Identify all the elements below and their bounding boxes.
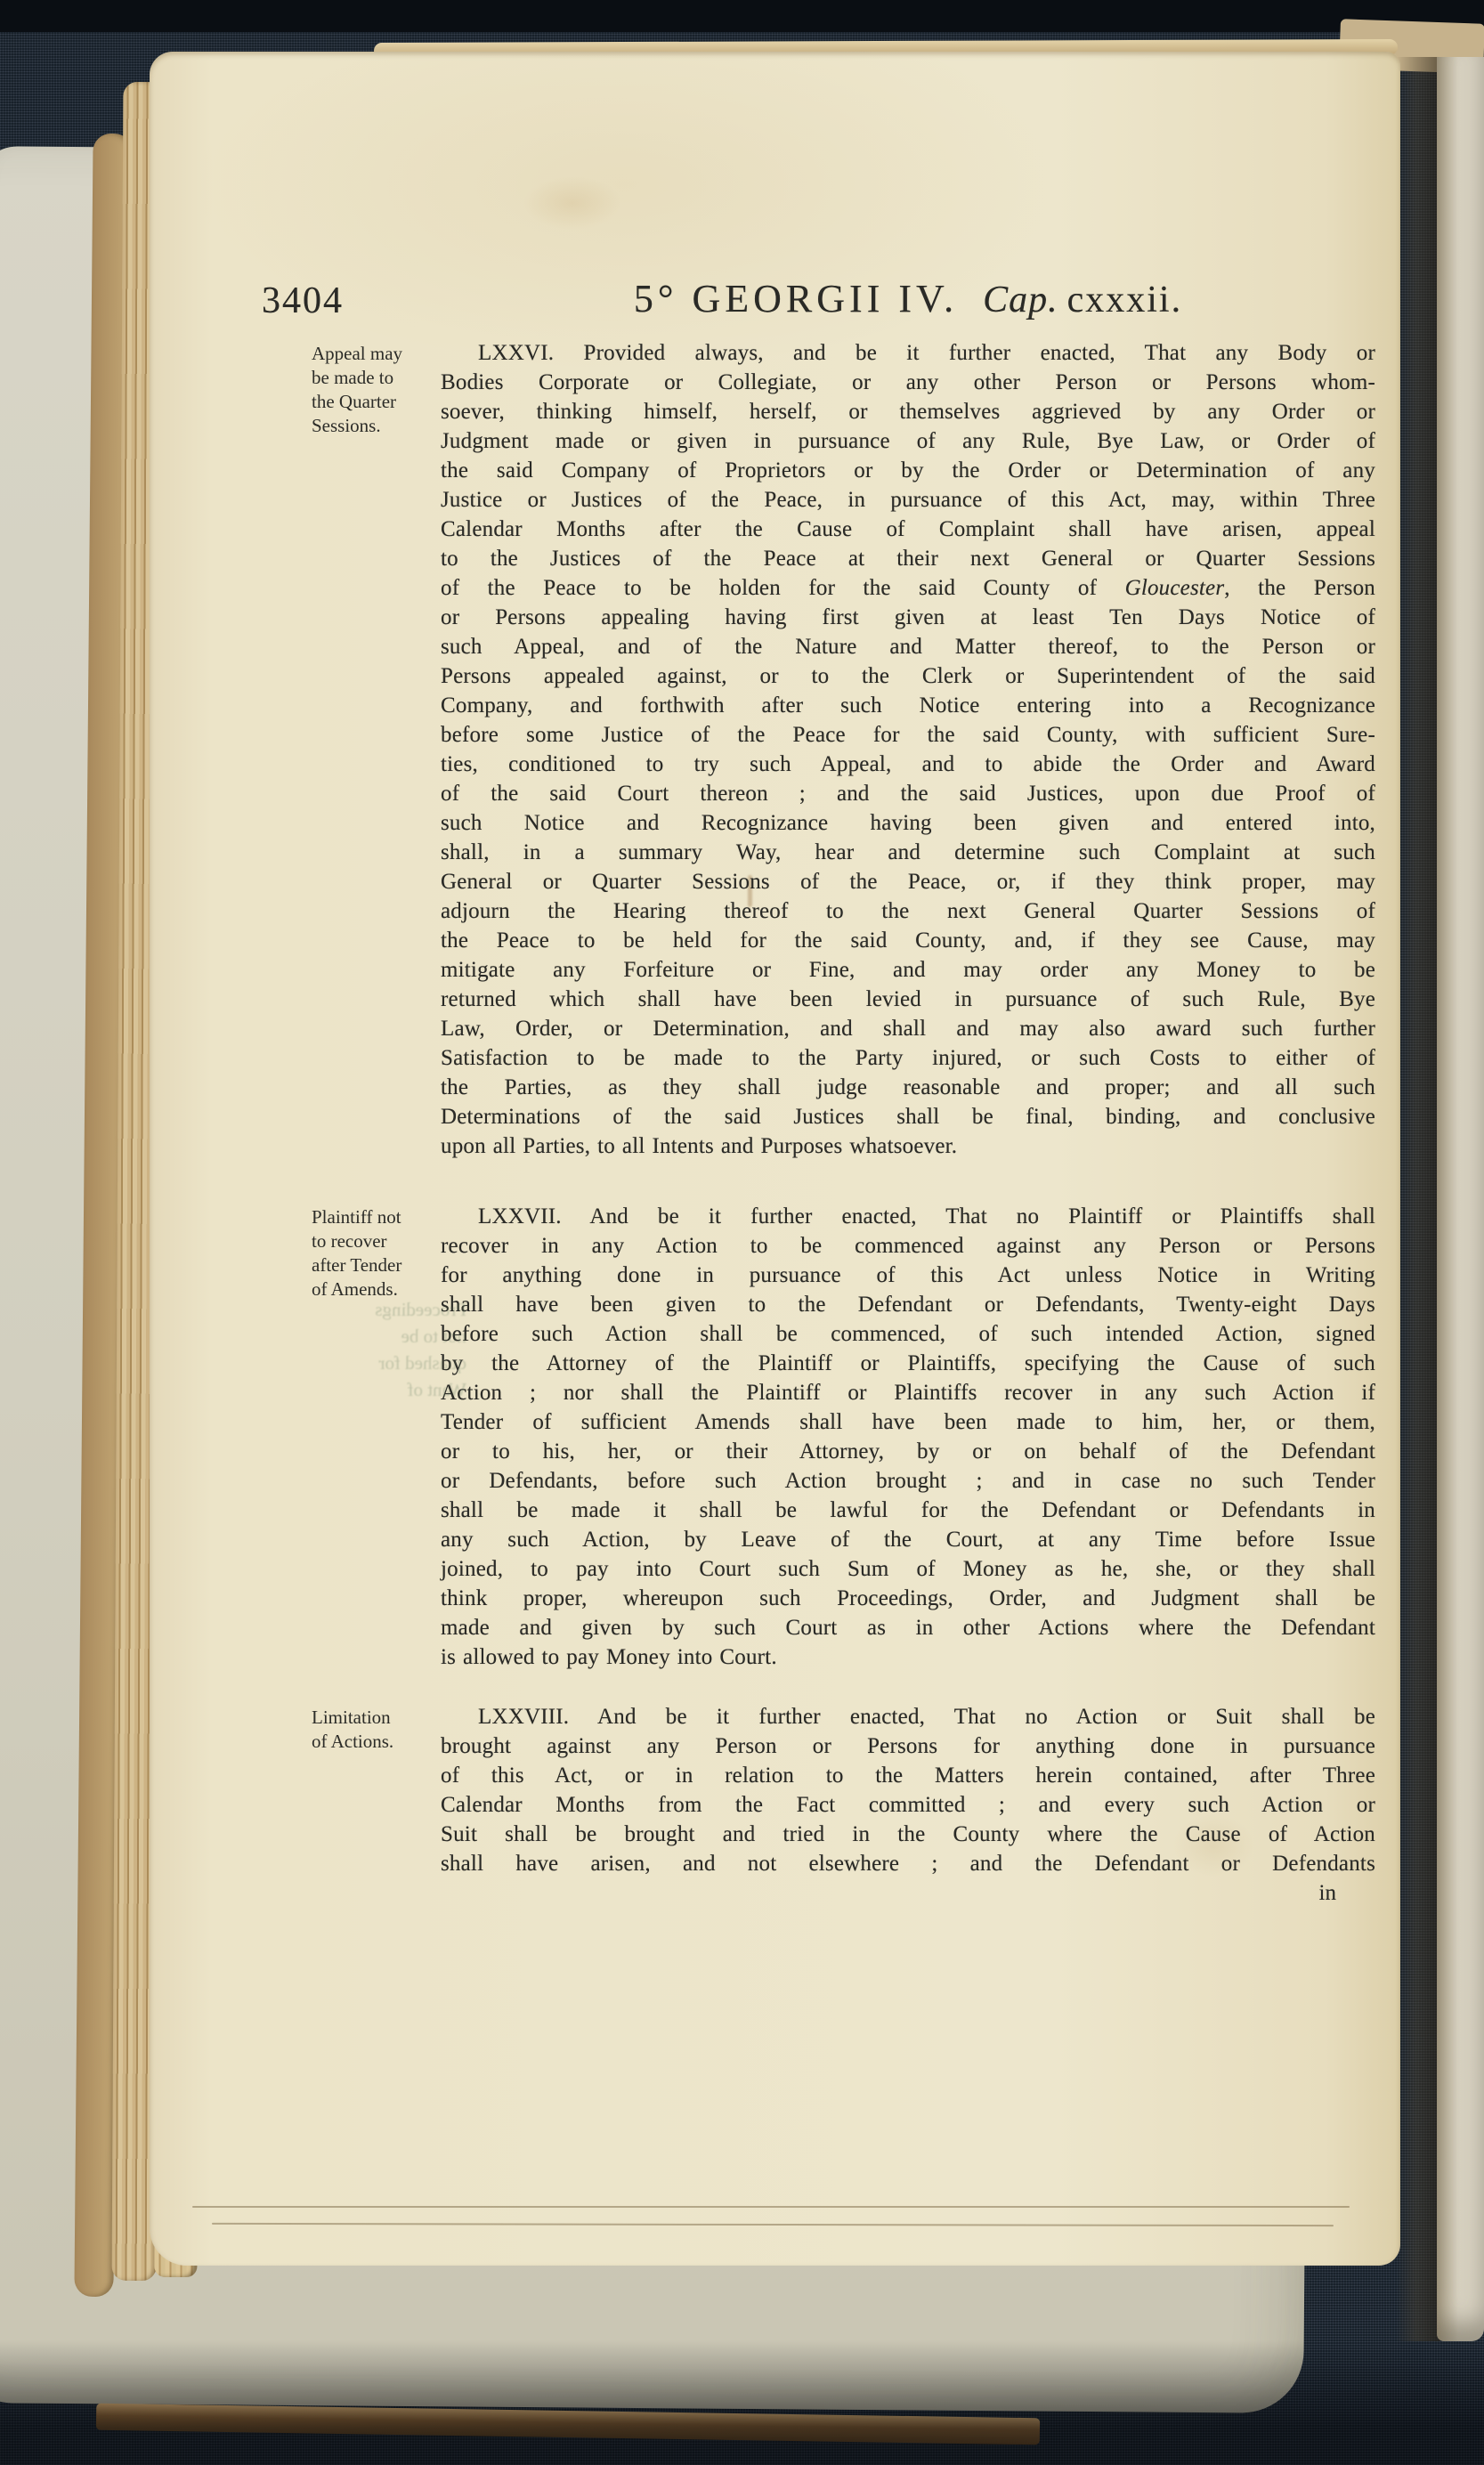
margin-note-line: of Actions. [312, 1730, 438, 1754]
body-text-line: shall be made it shall be lawful for the… [441, 1496, 1375, 1525]
body-text-line: upon all Parties, to all Intents and Pur… [441, 1131, 1375, 1161]
body-text-line: Bodies Corporate or Collegiate, or any o… [441, 368, 1375, 397]
margin-note-line: Limitation [312, 1706, 438, 1730]
body-text-line: Tender of sufficient Amends shall have b… [441, 1407, 1375, 1437]
facing-page-edge [1437, 57, 1484, 2341]
body-text-line: before some Justice of the Peace for the… [441, 720, 1375, 750]
body-text-line: such Notice and Recognizance having been… [441, 808, 1375, 838]
margin-note: Appeal maybe made tothe QuarterSessions. [312, 342, 438, 438]
photo-vignette [0, 2340, 1484, 2465]
body-text-line: by the Attorney of the Plaintiff or Plai… [441, 1349, 1375, 1378]
showthrough-line: not to be [315, 1323, 466, 1350]
chapter-label: Cap. [983, 280, 1058, 320]
book-photograph: 3404 5° GEORGII IV. Cap. cxxxii. Appeal … [0, 0, 1484, 2465]
body-text-line: Judgment made or given in pursuance of a… [441, 426, 1375, 456]
body-text-line: Determinations of the said Justices shal… [441, 1102, 1375, 1131]
body-text-line: soever, thinking himself, herself, or th… [441, 397, 1375, 426]
body-text-line: Action ; nor shall the Plaintiff or Plai… [441, 1378, 1375, 1407]
body-text-line: Company, and forthwith after such Notice… [441, 691, 1375, 720]
body-text-line: recover in any Action to be commenced ag… [441, 1231, 1375, 1261]
margin-note: Limitationof Actions. [312, 1706, 438, 1754]
body-text-line: or Persons appealing having first given … [441, 603, 1375, 632]
body-text-line: Satisfaction to be made to the Party inj… [441, 1043, 1375, 1073]
body-text-line: of the Peace to be holden for the said C… [441, 573, 1375, 603]
body-text-line: General or Quarter Sessions of the Peace… [441, 867, 1375, 896]
ink-showthrough: Proceedingsnot to bequashed forWant of [315, 1296, 466, 1403]
book-page: 3404 5° GEORGII IV. Cap. cxxxii. Appeal … [150, 52, 1400, 2266]
section-body: LXXVII. And be it further enacted, That … [441, 1202, 1375, 1672]
body-text-line: such Appeal, and of the Nature and Matte… [441, 632, 1375, 661]
margin-note-line: to recover [312, 1229, 438, 1253]
body-text-line: adjourn the Hearing thereof to the next … [441, 896, 1375, 926]
showthrough-line: quashed for [315, 1350, 466, 1376]
section-body: LXXVI. Provided always, and be it furthe… [441, 338, 1375, 1161]
body-text-line: the Peace to be held for the said County… [441, 926, 1375, 955]
page-number: 3404 [262, 280, 344, 322]
showthrough-line: Proceedings [315, 1296, 466, 1323]
body-text-line: shall have arisen, and not elsewhere ; a… [441, 1849, 1375, 1878]
body-text-line: think proper, whereupon such Proceedings… [441, 1584, 1375, 1613]
body-text-line: Persons appealed against, or to the Cler… [441, 661, 1375, 691]
body-text-line: Suit shall be brought and tried in the C… [441, 1820, 1375, 1849]
body-text-line: brought against any Person or Persons fo… [441, 1731, 1375, 1761]
margin-note-line: Appeal may [312, 342, 438, 366]
section-body: LXXVIII. And be it further enacted, That… [441, 1702, 1375, 1878]
body-text-line: the Parties, as they shall judge reasona… [441, 1073, 1375, 1102]
body-text-line: or to his, her, or their Attorney, by or… [441, 1437, 1375, 1466]
foxing-stain [523, 176, 621, 230]
body-text-line: ties, conditioned to try such Appeal, an… [441, 750, 1375, 779]
showthrough-line: Want of [315, 1376, 466, 1403]
margin-note-line: be made to [312, 366, 438, 390]
body-text-line: shall have been given to the Defendant o… [441, 1290, 1375, 1319]
body-text-line: Calendar Months from the Fact committed … [441, 1790, 1375, 1820]
page-edge-line [192, 2206, 1350, 2208]
body-text-line: Law, Order, or Determination, and shall … [441, 1014, 1375, 1043]
regnal-year: 5° GEORGII IV. [634, 277, 958, 320]
body-text-line: LXXVIII. And be it further enacted, That… [441, 1702, 1375, 1731]
margin-note-line: Sessions. [312, 414, 438, 438]
margin-note-line: after Tender [312, 1253, 438, 1277]
body-text-line: is allowed to pay Money into Court. [441, 1642, 1375, 1672]
body-text-line: of the said Court thereon ; and the said… [441, 779, 1375, 808]
page-gutter-shadow [1396, 57, 1440, 2341]
body-text-line: any such Action, by Leave of the Court, … [441, 1525, 1375, 1554]
body-text-line: joined, to pay into Court such Sum of Mo… [441, 1554, 1375, 1584]
body-text-line: of this Act, or in relation to the Matte… [441, 1761, 1375, 1790]
running-header: 5° GEORGII IV. Cap. cxxxii. [441, 276, 1375, 321]
margin-note-line: the Quarter [312, 390, 438, 414]
body-text-line: Calendar Months after the Cause of Compl… [441, 515, 1375, 544]
body-text-line: LXXVII. And be it further enacted, That … [441, 1202, 1375, 1231]
page-edge-line [212, 2223, 1334, 2226]
body-text-line: LXXVI. Provided always, and be it furthe… [441, 338, 1375, 368]
margin-note: Plaintiff notto recoverafter Tenderof Am… [312, 1205, 438, 1301]
body-text-line: or Defendants, before such Action brough… [441, 1466, 1375, 1496]
catchword: in [441, 1878, 1375, 1908]
body-text-line: made and given by such Court as in other… [441, 1613, 1375, 1642]
cover-spine-shadow [0, 0, 1484, 32]
body-text-line: mitigate any Forfeiture or Fine, and may… [441, 955, 1375, 985]
chapter-number: cxxxii. [1067, 280, 1182, 320]
body-text-line: shall, in a summary Way, hear and determ… [441, 838, 1375, 867]
body-text-line: returned which shall have been levied in… [441, 985, 1375, 1014]
body-text-line: Justice or Justices of the Peace, in pur… [441, 485, 1375, 515]
body-text-line: the said Company of Proprietors or by th… [441, 456, 1375, 485]
body-text-line: before such Action shall be commenced, o… [441, 1319, 1375, 1349]
body-text-line: to the Justices of the Peace at their ne… [441, 544, 1375, 573]
body-text-line: for anything done in pursuance of this A… [441, 1261, 1375, 1290]
margin-note-line: Plaintiff not [312, 1205, 438, 1229]
